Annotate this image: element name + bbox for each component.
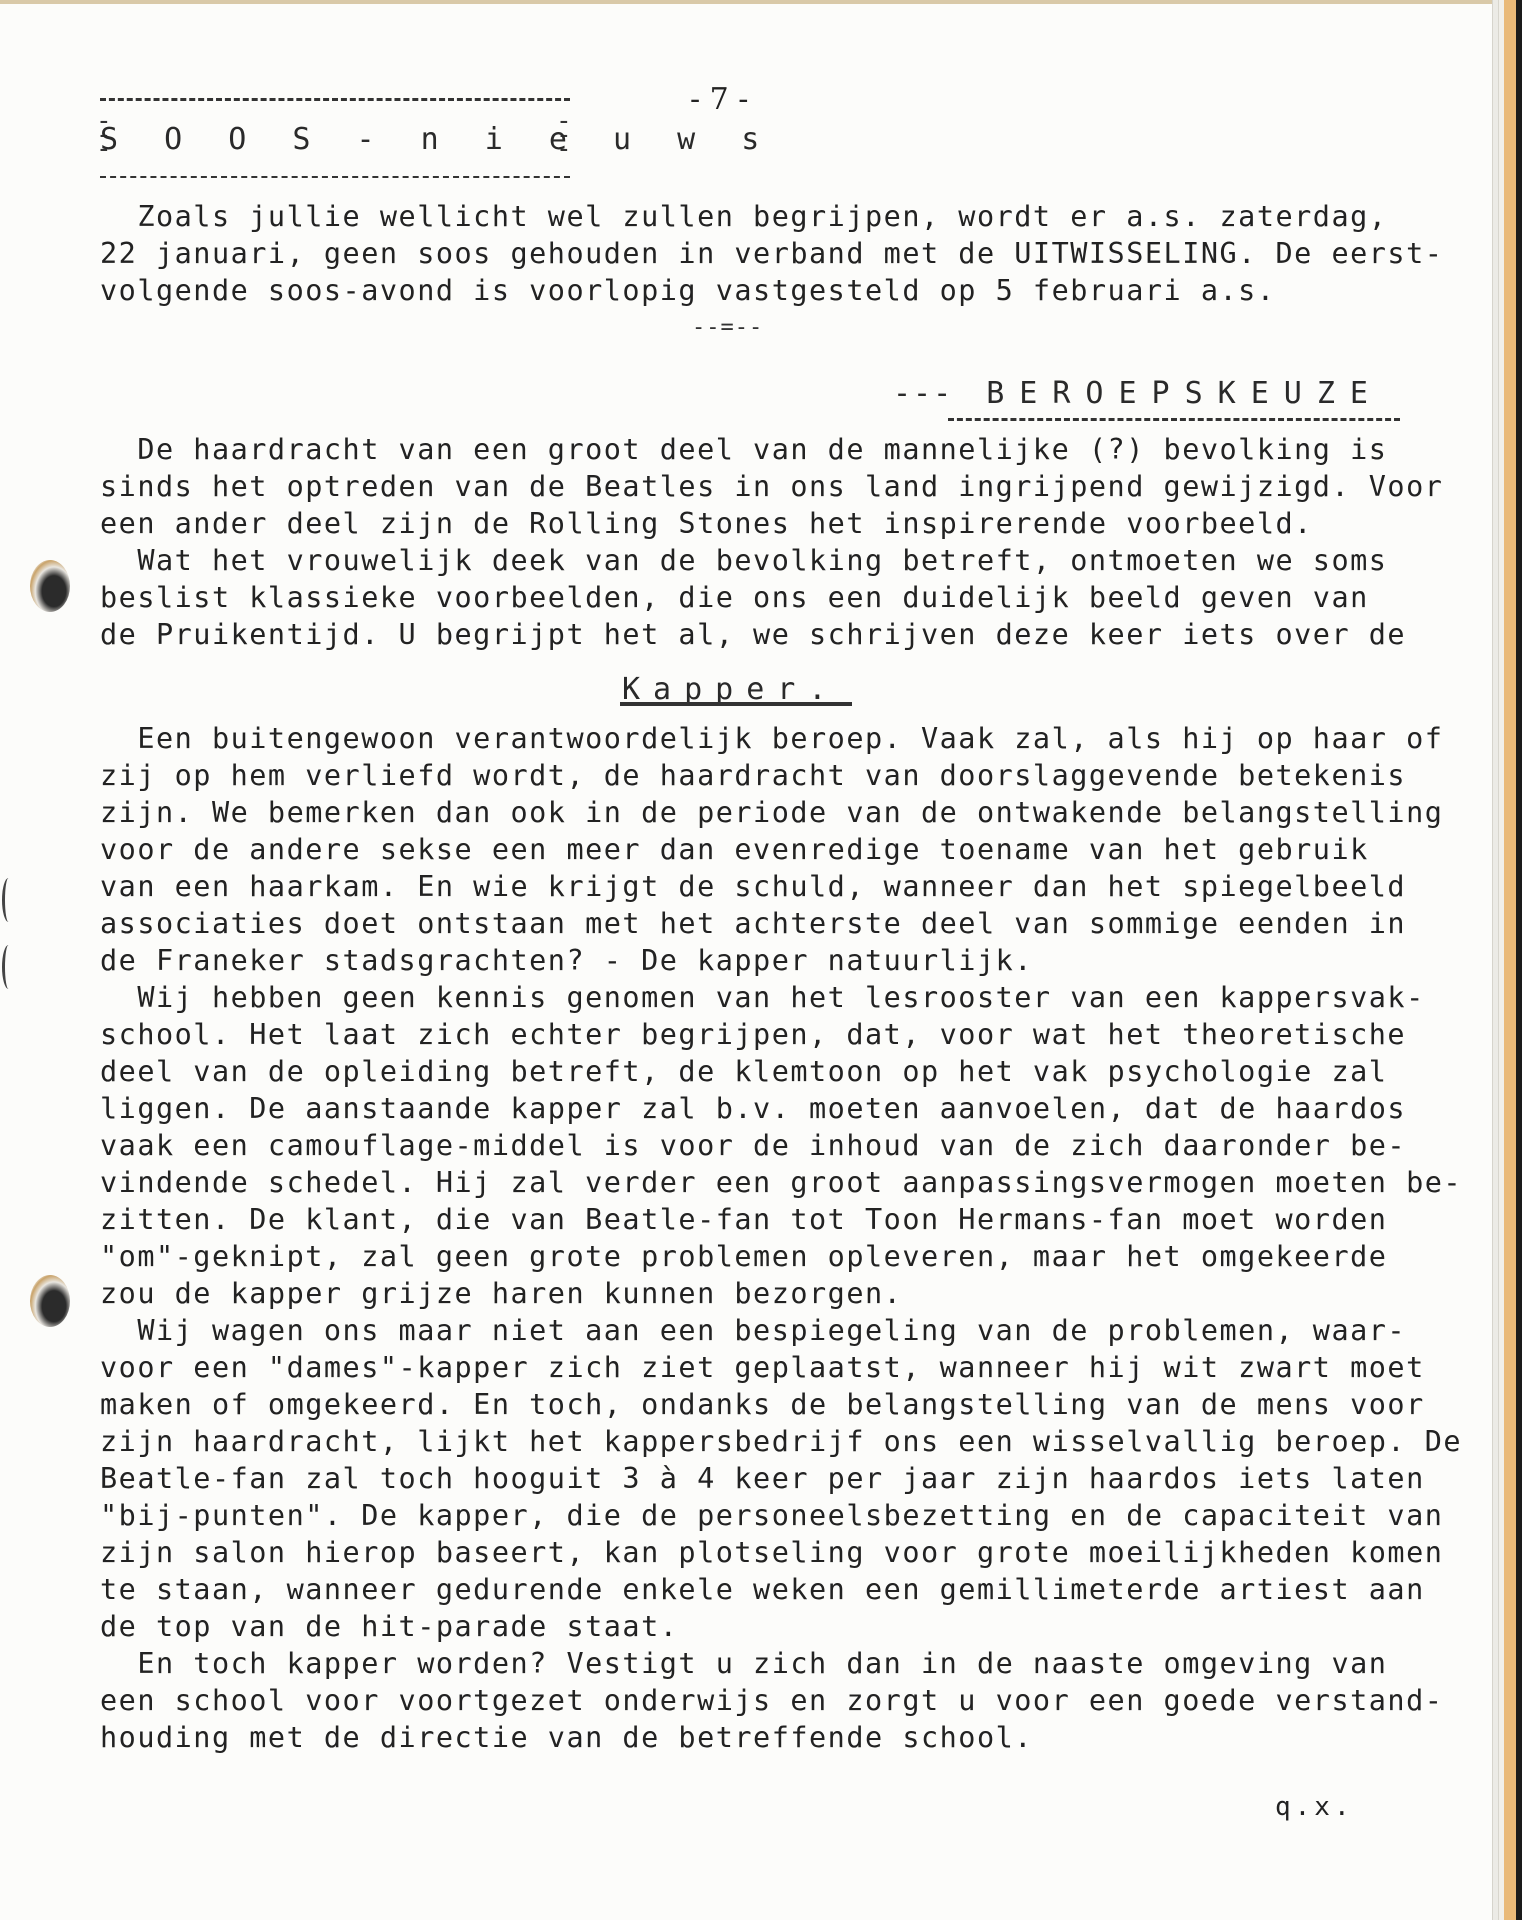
text-line: vindende schedel. Hij zal verder een gro… xyxy=(100,1166,1462,1199)
text-line: Beatle-fan zal toch hooguit 3 à 4 keer p… xyxy=(100,1462,1425,1495)
text-line: de Franeker stadsgrachten? - De kapper n… xyxy=(100,944,1033,977)
section-title-beroepskeuze: --- BEROEPSKEUZE xyxy=(893,376,1383,411)
text-line: Wij wagen ons maar niet aan een bespiege… xyxy=(100,1314,1406,1347)
scan-border xyxy=(1516,0,1522,1920)
paper-top-edge xyxy=(0,0,1496,4)
text-line: zitten. De klant, die van Beatle-fan tot… xyxy=(100,1203,1387,1236)
section-title-soos-nieuws: S O O S - n i e u w s xyxy=(100,122,570,157)
text-line: deel van de opleiding betreft, de klemto… xyxy=(100,1055,1387,1088)
binder-ring-icon xyxy=(2,945,15,989)
text-line: liggen. De aanstaande kapper zal b.v. mo… xyxy=(100,1092,1406,1125)
text-line: zij op hem verliefd wordt, de haardracht… xyxy=(100,759,1406,792)
author-signature: q.x. xyxy=(1275,1792,1354,1822)
text-line: En toch kapper worden? Vestigt u zich da… xyxy=(100,1647,1387,1680)
text-line: de Pruikentijd. U begrijpt het al, we sc… xyxy=(100,618,1406,651)
text-line: Wij hebben geen kennis genomen van het l… xyxy=(100,981,1425,1014)
section-separator: --=-- xyxy=(692,315,763,340)
text-line: Een buitengewoon verantwoordelijk beroep… xyxy=(100,722,1443,755)
text-line: De haardracht van een groot deel van de … xyxy=(100,433,1387,466)
heading-dashes: --- xyxy=(893,376,953,411)
text-line: van een haarkam. En wie krijgt de schuld… xyxy=(100,870,1406,903)
text-line: zijn haardracht, lijkt het kappersbedrij… xyxy=(100,1425,1462,1458)
text-line: een school voor voortgezet onderwijs en … xyxy=(100,1684,1443,1717)
text-line: de top van de hit-parade staat. xyxy=(100,1610,678,1643)
text-line: associaties doet ontstaan met het achter… xyxy=(100,907,1406,940)
binder-ring-icon xyxy=(2,878,15,922)
text-line: sinds het optreden van de Beatles in ons… xyxy=(100,470,1443,503)
text-line: maken of omgekeerd. En toch, ondanks de … xyxy=(100,1388,1425,1421)
text-line: voor de andere sekse een meer dan evenre… xyxy=(100,833,1369,866)
text-line: Wat het vrouwelijk deek van de bevolking… xyxy=(100,544,1387,577)
header-top-rule xyxy=(100,98,570,101)
text-line: Zoals jullie wellicht wel zullen begrijp… xyxy=(100,200,1387,233)
heading-underline xyxy=(948,418,1400,421)
subheading-underline xyxy=(620,702,852,706)
text-line: "om"-geknipt, zal geen grote problemen o… xyxy=(100,1240,1387,1273)
text-line: houding met de directie van de betreffen… xyxy=(100,1721,1033,1754)
punch-hole-icon xyxy=(30,1275,70,1327)
text-line: te staan, wanneer gedurende enkele weken… xyxy=(100,1573,1425,1606)
text-line: voor een "dames"-kapper zich ziet geplaa… xyxy=(100,1351,1425,1384)
punch-hole-icon xyxy=(30,560,70,612)
text-line: beslist klassieke voorbeelden, die ons e… xyxy=(100,581,1369,614)
text-line: volgende soos-avond is voorlopig vastges… xyxy=(100,274,1275,307)
text-line: 22 januari, geen soos gehouden in verban… xyxy=(100,237,1443,270)
text-line: "bij-punten". De kapper, die de personee… xyxy=(100,1499,1443,1532)
folder-edge xyxy=(1504,0,1516,1920)
text-line: zijn. We bemerken dan ook in de periode … xyxy=(100,796,1443,829)
text-line: vaak een camouflage-middel is voor de in… xyxy=(100,1129,1406,1162)
text-line: zijn salon hierop baseert, kan plotselin… xyxy=(100,1536,1443,1569)
text-line: school. Het laat zich echter begrijpen, … xyxy=(100,1018,1406,1051)
page-number: - 7 - xyxy=(690,82,748,117)
heading-text: BEROEPSKEUZE xyxy=(986,376,1383,411)
header-bottom-rule xyxy=(100,176,570,178)
text-line: een ander deel zijn de Rolling Stones he… xyxy=(100,507,1313,540)
text-line: zou de kapper grijze haren kunnen bezorg… xyxy=(100,1277,902,1310)
